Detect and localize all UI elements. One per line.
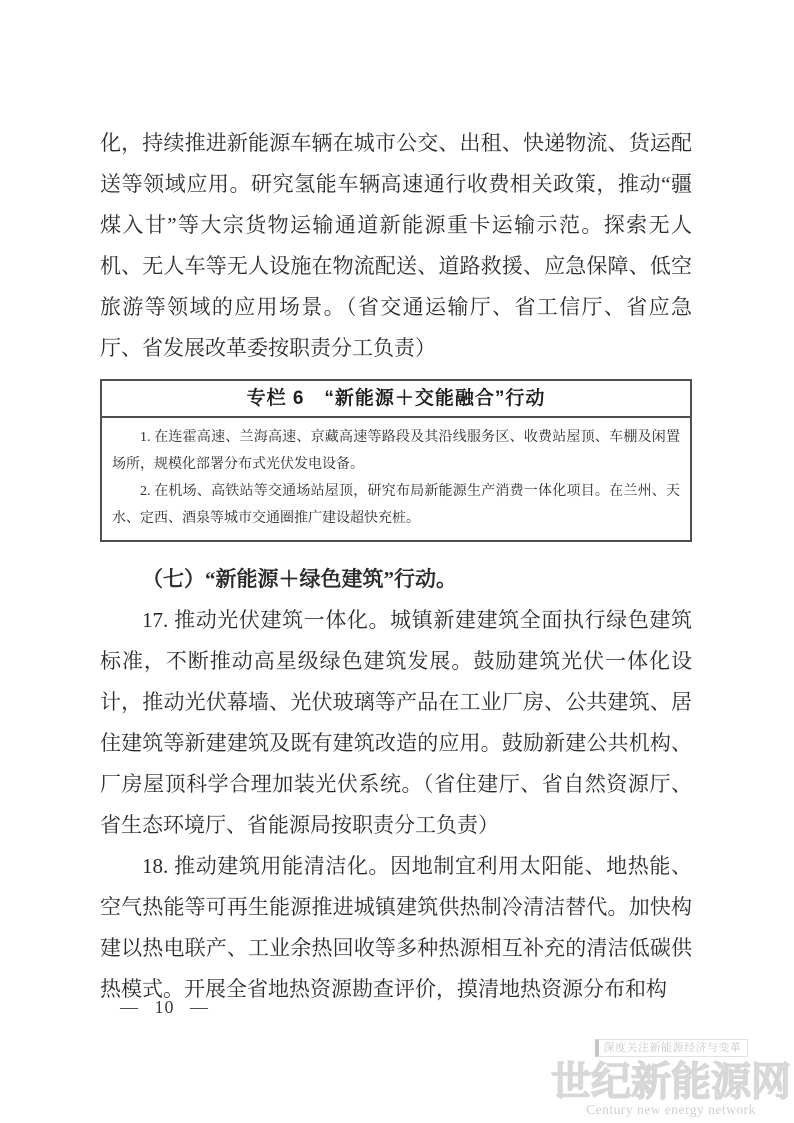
callout-box-title: 专栏 6 “新能源＋交能融合”行动 [102, 381, 690, 418]
page-number: — 10 — [120, 996, 209, 1018]
site-watermark: 深度关注新能源经济与变革 世纪新能源网 Century new energy n… [550, 1038, 792, 1118]
paragraph-17: 17. 推动光伏建筑一体化。城镇新建建筑全面执行绿色建筑标准，不断推动高星级绿色… [100, 600, 692, 846]
paragraph-18: 18. 推动建筑用能清洁化。因地制宜利用太阳能、地热能、空气热能等可再生能源推进… [100, 846, 692, 1010]
callout-box-column-6: 专栏 6 “新能源＋交能融合”行动 1. 在连霍高速、兰海高速、京藏高速等路段及… [100, 379, 692, 542]
section-heading-seven: （七）“新能源＋绿色建筑”行动。 [100, 559, 692, 600]
paragraph-continuation: 化，持续推进新能源车辆在城市公交、出租、快递物流、货运配送等领域应用。研究氢能车… [100, 123, 692, 369]
watermark-english-subtitle: Century new energy network [550, 1102, 792, 1118]
callout-box-body: 1. 在连霍高速、兰海高速、京藏高速等路段及其沿线服务区、收费站屋顶、车棚及闲置… [102, 418, 690, 540]
watermark-tagline: 深度关注新能源经济与变革 [595, 1039, 748, 1057]
watermark-brand-logo: 世纪新能源网 [550, 1059, 792, 1105]
callout-box-item-2: 2. 在机场、高铁站等交通场站屋顶，研究布局新能源生产消费一体化项目。在兰州、天… [112, 478, 680, 532]
callout-box-item-1: 1. 在连霍高速、兰海高速、京藏高速等路段及其沿线服务区、收费站屋顶、车棚及闲置… [112, 424, 680, 478]
document-page: 化，持续推进新能源车辆在城市公交、出租、快递物流、货运配送等领域应用。研究氢能车… [0, 0, 794, 1123]
